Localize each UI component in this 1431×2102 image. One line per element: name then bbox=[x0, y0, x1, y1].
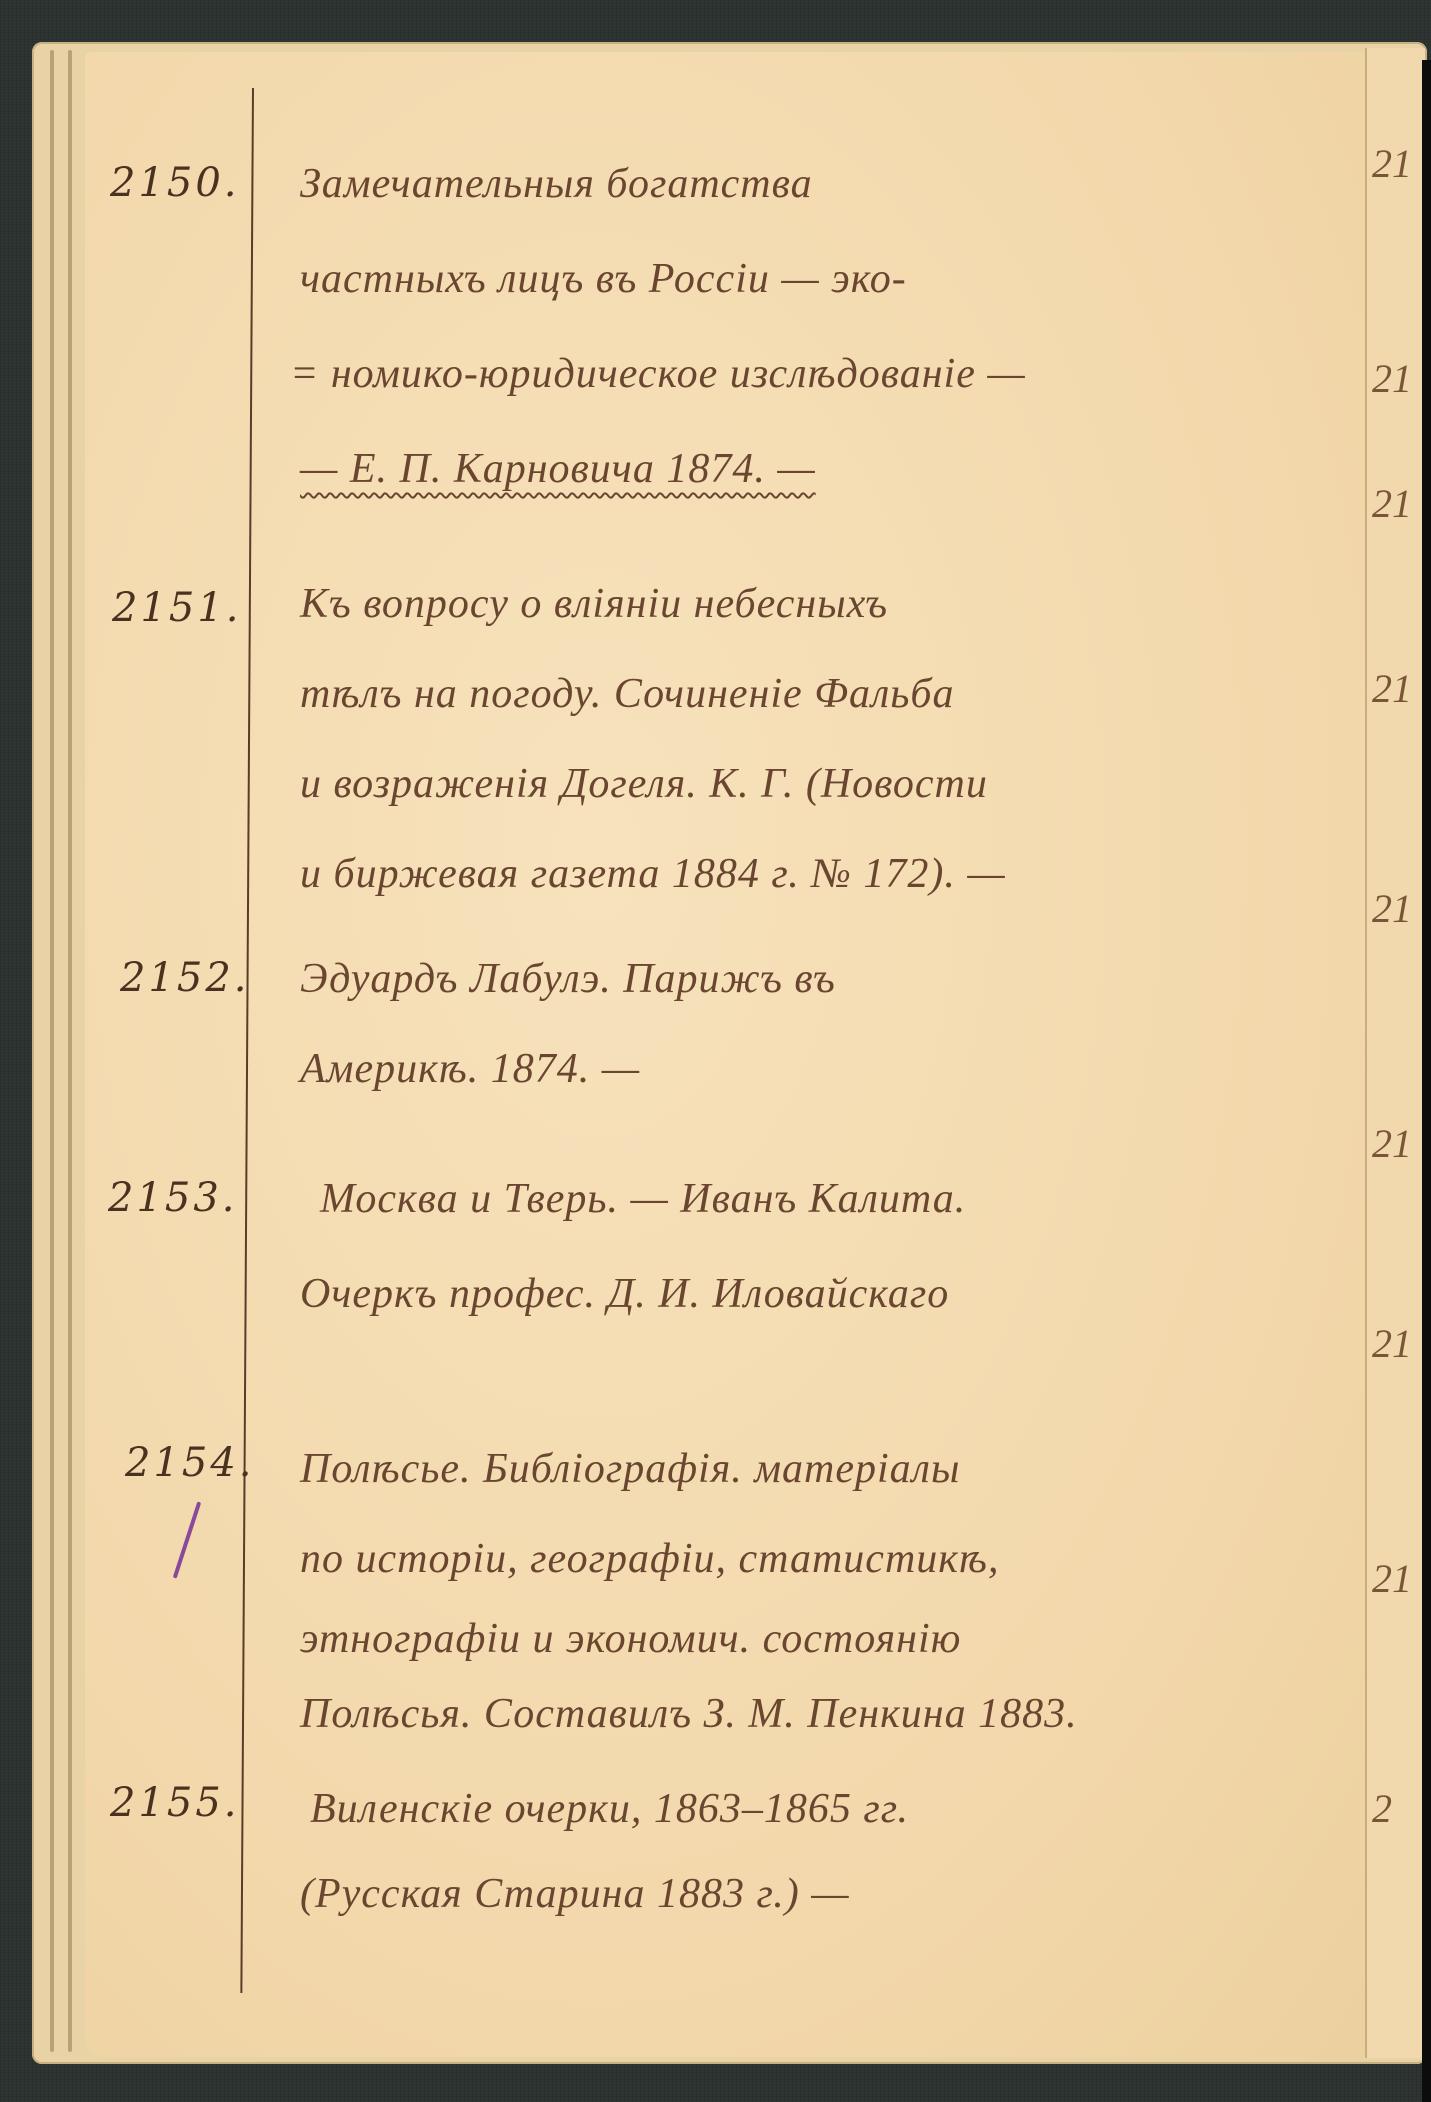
entry-line: этнографіи и экономич. состоянію bbox=[300, 1615, 961, 1663]
entry-line: Виленскіе очерки, 1863–1865 гг. bbox=[310, 1785, 909, 1833]
entry-number: 2155. bbox=[110, 1780, 240, 1826]
entry-number: 2152. bbox=[120, 955, 250, 1001]
entry-line: и возраженія Догеля. К. Г. (Новости bbox=[300, 760, 988, 808]
entry-line: Москва и Тверь. — Иванъ Калита. bbox=[320, 1175, 966, 1223]
facing-page-number: 21 bbox=[1372, 885, 1412, 932]
facing-page-number: 21 bbox=[1372, 140, 1412, 187]
entry-line: Замечательныя богатства bbox=[300, 160, 813, 208]
entry-line: и биржевая газета 1884 г. № 172). — bbox=[300, 850, 1006, 898]
entry-line: Эдуардъ Лабулэ. Парижъ въ bbox=[300, 955, 836, 1003]
facing-page-number: 21 bbox=[1372, 1555, 1412, 1602]
scan-border bbox=[1422, 60, 1431, 2102]
entry-line: Къ вопросу о вліяніи небесныхъ bbox=[300, 580, 888, 628]
entry-line: частныхъ лицъ въ Россіи — эко- bbox=[300, 255, 907, 303]
entry-line: по исторіи, географіи, статистикѣ, bbox=[300, 1535, 999, 1583]
facing-page-number: 21 bbox=[1372, 480, 1412, 527]
facing-page-edge bbox=[1365, 48, 1425, 2058]
facing-page-number: 21 bbox=[1372, 355, 1412, 402]
entry-number: 2154. bbox=[125, 1440, 255, 1486]
facing-page-number: 21 bbox=[1372, 1120, 1412, 1167]
entry-line: Америкѣ. 1874. — bbox=[300, 1045, 640, 1093]
entry-line: = номико-юридическое изслѣдованіе — bbox=[290, 350, 1026, 398]
facing-page-number: 2 bbox=[1372, 1785, 1392, 1832]
entry-line: (Русская Старина 1883 г.) — bbox=[300, 1870, 850, 1918]
entry-line: Полѣсье. Библіографія. матеріалы bbox=[300, 1445, 960, 1493]
entry-number: 2151. bbox=[112, 585, 242, 631]
entry-number: 2153. bbox=[108, 1175, 238, 1221]
facing-page-number: 21 bbox=[1372, 1320, 1412, 1367]
entry-line: — Е. П. Карновича 1874. — bbox=[300, 445, 816, 493]
entry-number: 2150. bbox=[110, 160, 240, 206]
entry-line: Очеркъ профес. Д. И. Иловайскаго bbox=[300, 1270, 949, 1318]
entry-line: Полѣсья. Составилъ З. М. Пенкина 1883. bbox=[300, 1690, 1078, 1738]
facing-page-number: 21 bbox=[1372, 665, 1412, 712]
entry-line: тѣлъ на погоду. Сочиненіе Фальба bbox=[300, 670, 955, 718]
